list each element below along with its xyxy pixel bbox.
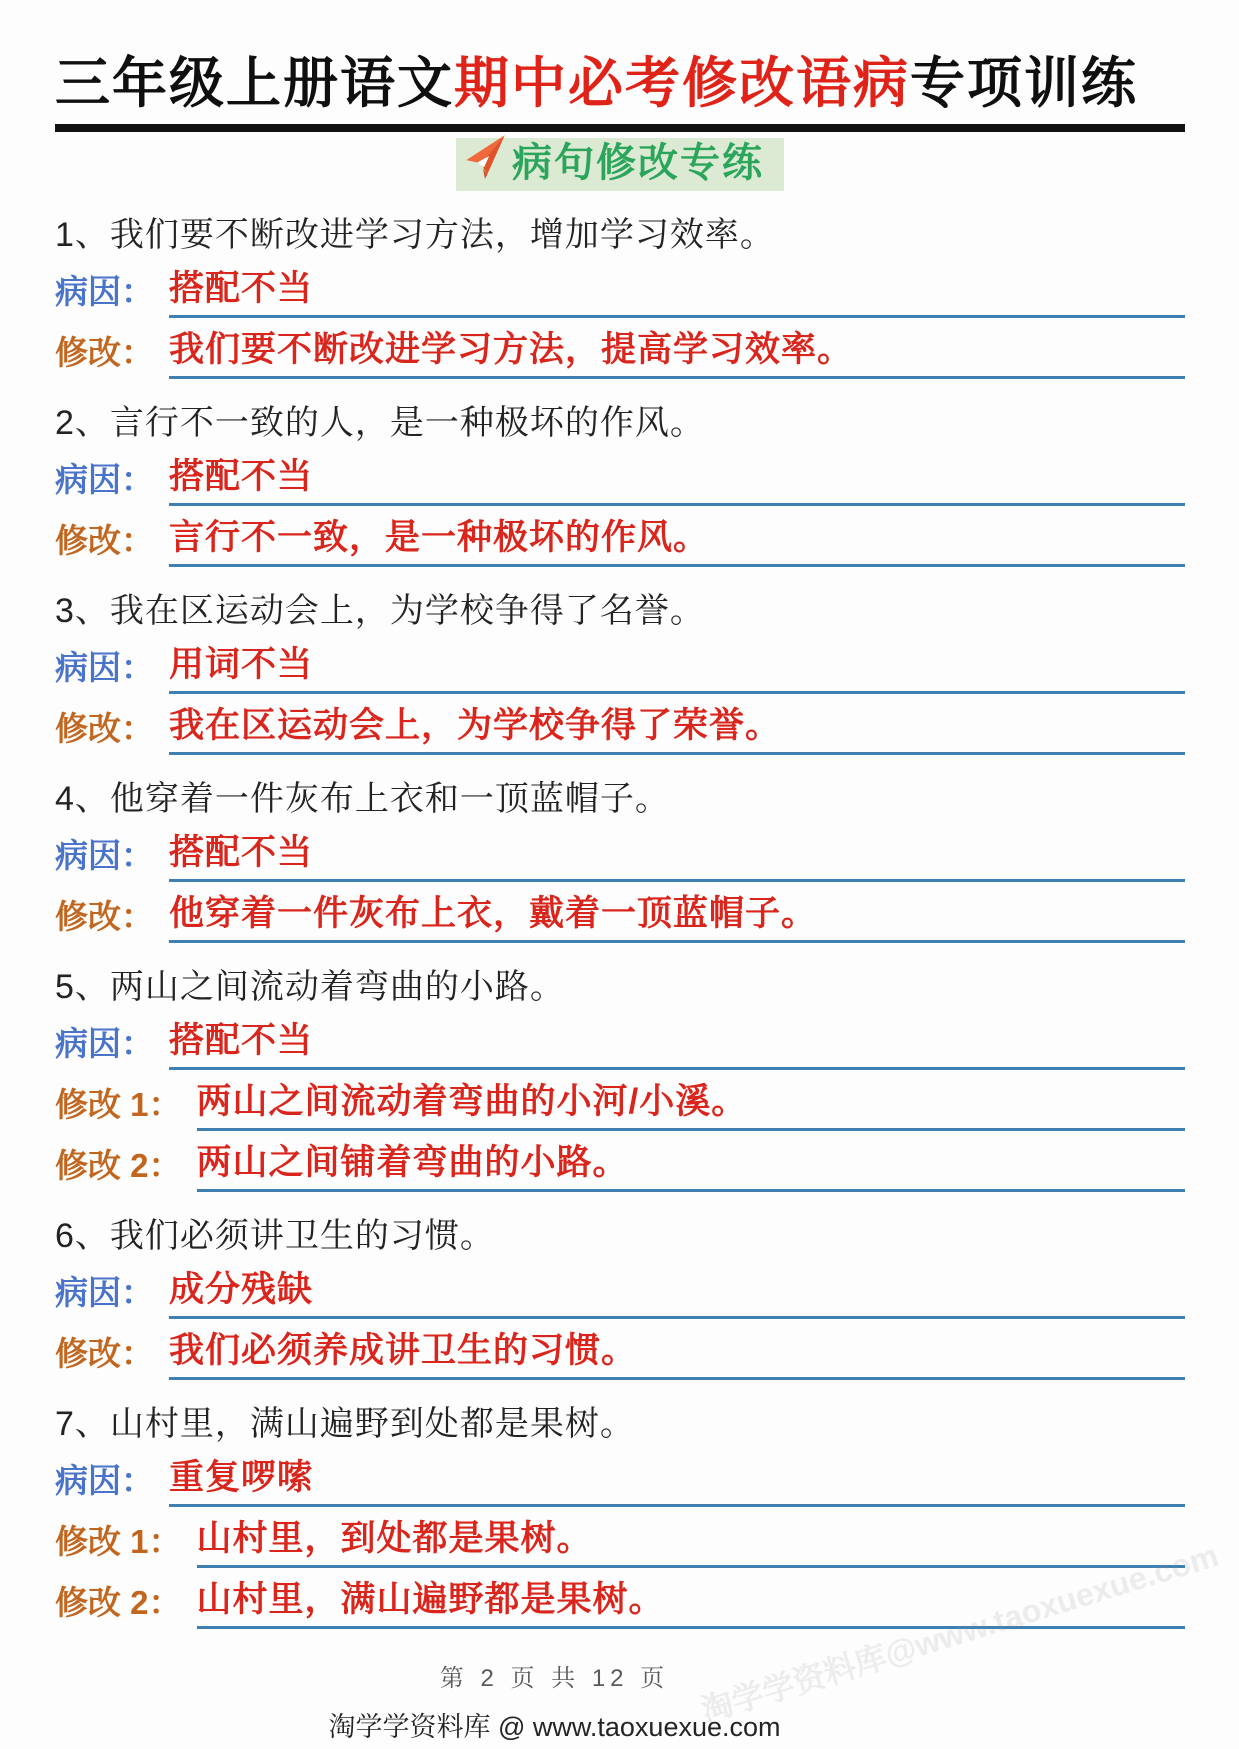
- fix-answer-text: 我们要不断改进学习方法，提高学习效率。: [169, 329, 1185, 379]
- fix-line: 修改：言行不一致，是一种极坏的作风。: [55, 517, 1185, 567]
- subtitle-banner: 病句修改专练: [456, 138, 784, 191]
- fix-line: 修改 2：两山之间铺着弯曲的小路。: [55, 1142, 1185, 1192]
- exercise-block: 5、两山之间流动着弯曲的小路。 病因：搭配不当修改 1：两山之间流动着弯曲的小河…: [55, 966, 1185, 1192]
- title-double-rule: [55, 124, 1185, 132]
- cause-line: 病因：搭配不当: [55, 268, 1185, 318]
- cause-label: 病因：: [55, 270, 169, 318]
- page-title: 三年级上册语文期中必考修改语病专项训练: [55, 52, 1185, 115]
- cause-answer-text: 搭配不当: [169, 268, 1185, 318]
- exercise-block: 1、我们要不断改进学习方法，增加学习效率。 病因：搭配不当修改：我们要不断改进学…: [55, 214, 1185, 379]
- exercise-block: 2、言行不一致的人，是一种极坏的作风。 病因：搭配不当修改：言行不一致，是一种极…: [55, 402, 1185, 567]
- cause-line: 病因：成分残缺: [55, 1269, 1185, 1319]
- cause-answer-text: 成分残缺: [169, 1269, 1185, 1319]
- fix-label: 修改 1：: [55, 1083, 197, 1131]
- fix-label: 修改 1：: [55, 1520, 197, 1568]
- fix-line: 修改：我们要不断改进学习方法，提高学习效率。: [55, 329, 1185, 379]
- fix-label: 修改 2：: [55, 1144, 197, 1192]
- fix-label: 修改：: [55, 1332, 169, 1380]
- cause-line: 病因：重复啰嗦: [55, 1457, 1185, 1507]
- fix-answer-text: 言行不一致，是一种极坏的作风。: [169, 517, 1185, 567]
- question-sentence: 3、我在区运动会上，为学校争得了名誉。: [55, 590, 1185, 633]
- fix-answer-text: 我们必须养成讲卫生的习惯。: [169, 1330, 1185, 1380]
- cause-label: 病因：: [55, 834, 169, 882]
- fix-label: 修改：: [55, 707, 169, 755]
- question-sentence: 7、山村里，满山遍野到处都是果树。: [55, 1403, 1185, 1446]
- worksheet-page: 三年级上册语文期中必考修改语病专项训练 病句修改专练 1、我们要不断改进学习方法…: [0, 0, 1239, 1749]
- title-part-black-2: 专项训练: [910, 52, 1138, 114]
- fix-line: 修改：我们必须养成讲卫生的习惯。: [55, 1330, 1185, 1380]
- fix-line: 修改：我在区运动会上，为学校争得了荣誉。: [55, 705, 1185, 755]
- fix-answer-text: 两山之间铺着弯曲的小路。: [197, 1142, 1185, 1192]
- subtitle-row: 病句修改专练: [55, 138, 1185, 191]
- paper-plane-icon: [460, 131, 510, 181]
- cause-answer-text: 重复啰嗦: [169, 1457, 1185, 1507]
- question-sentence: 6、我们必须讲卫生的习惯。: [55, 1215, 1185, 1258]
- cause-label: 病因：: [55, 1459, 169, 1507]
- cause-label: 病因：: [55, 458, 169, 506]
- exercise-block: 3、我在区运动会上，为学校争得了名誉。 病因：用词不当修改：我在区运动会上，为学…: [55, 590, 1185, 755]
- cause-line: 病因：用词不当: [55, 644, 1185, 694]
- fix-label: 修改：: [55, 331, 169, 379]
- subtitle-label: 病句修改专练: [512, 139, 764, 187]
- cause-label: 病因：: [55, 1022, 169, 1070]
- fix-answer-text: 山村里，满山遍野都是果树。: [197, 1579, 1185, 1629]
- fix-line: 修改 1：山村里，到处都是果树。: [55, 1518, 1185, 1568]
- site-credit: 淘学学资料库 @ www.taoxuexue.com: [0, 1705, 1109, 1744]
- exercise-block: 7、山村里，满山遍野到处都是果树。 病因：重复啰嗦修改 1：山村里，到处都是果树…: [55, 1403, 1185, 1629]
- exercise-block: 6、我们必须讲卫生的习惯。 病因：成分残缺修改：我们必须养成讲卫生的习惯。: [55, 1215, 1185, 1380]
- cause-answer-text: 搭配不当: [169, 1020, 1185, 1070]
- exercise-list: 1、我们要不断改进学习方法，增加学习效率。 病因：搭配不当修改：我们要不断改进学…: [55, 214, 1185, 1629]
- title-part-red: 期中必考修改语病: [454, 52, 910, 114]
- cause-line: 病因：搭配不当: [55, 832, 1185, 882]
- title-part-black-1: 三年级上册语文: [55, 52, 454, 114]
- cause-line: 病因：搭配不当: [55, 456, 1185, 506]
- fix-label: 修改：: [55, 519, 169, 567]
- exercise-block: 4、他穿着一件灰布上衣和一顶蓝帽子。 病因：搭配不当修改：他穿着一件灰布上衣，戴…: [55, 778, 1185, 943]
- question-sentence: 1、我们要不断改进学习方法，增加学习效率。: [55, 214, 1185, 257]
- fix-label: 修改：: [55, 895, 169, 943]
- question-sentence: 5、两山之间流动着弯曲的小路。: [55, 966, 1185, 1009]
- fix-line: 修改：他穿着一件灰布上衣，戴着一顶蓝帽子。: [55, 893, 1185, 943]
- fix-answer-text: 两山之间流动着弯曲的小河/小溪。: [197, 1081, 1185, 1131]
- cause-answer-text: 搭配不当: [169, 832, 1185, 882]
- cause-label: 病因：: [55, 646, 169, 694]
- fix-answer-text: 他穿着一件灰布上衣，戴着一顶蓝帽子。: [169, 893, 1185, 943]
- fix-answer-text: 山村里，到处都是果树。: [197, 1518, 1185, 1568]
- fix-line: 修改 1：两山之间流动着弯曲的小河/小溪。: [55, 1081, 1185, 1131]
- fix-answer-text: 我在区运动会上，为学校争得了荣誉。: [169, 705, 1185, 755]
- question-sentence: 2、言行不一致的人，是一种极坏的作风。: [55, 402, 1185, 445]
- page-indicator: 第 2 页 共 12 页: [0, 1658, 1109, 1693]
- question-sentence: 4、他穿着一件灰布上衣和一顶蓝帽子。: [55, 778, 1185, 821]
- cause-answer-text: 用词不当: [169, 644, 1185, 694]
- cause-answer-text: 搭配不当: [169, 456, 1185, 506]
- cause-label: 病因：: [55, 1271, 169, 1319]
- cause-line: 病因：搭配不当: [55, 1020, 1185, 1070]
- fix-label: 修改 2：: [55, 1581, 197, 1629]
- fix-line: 修改 2：山村里，满山遍野都是果树。: [55, 1579, 1185, 1629]
